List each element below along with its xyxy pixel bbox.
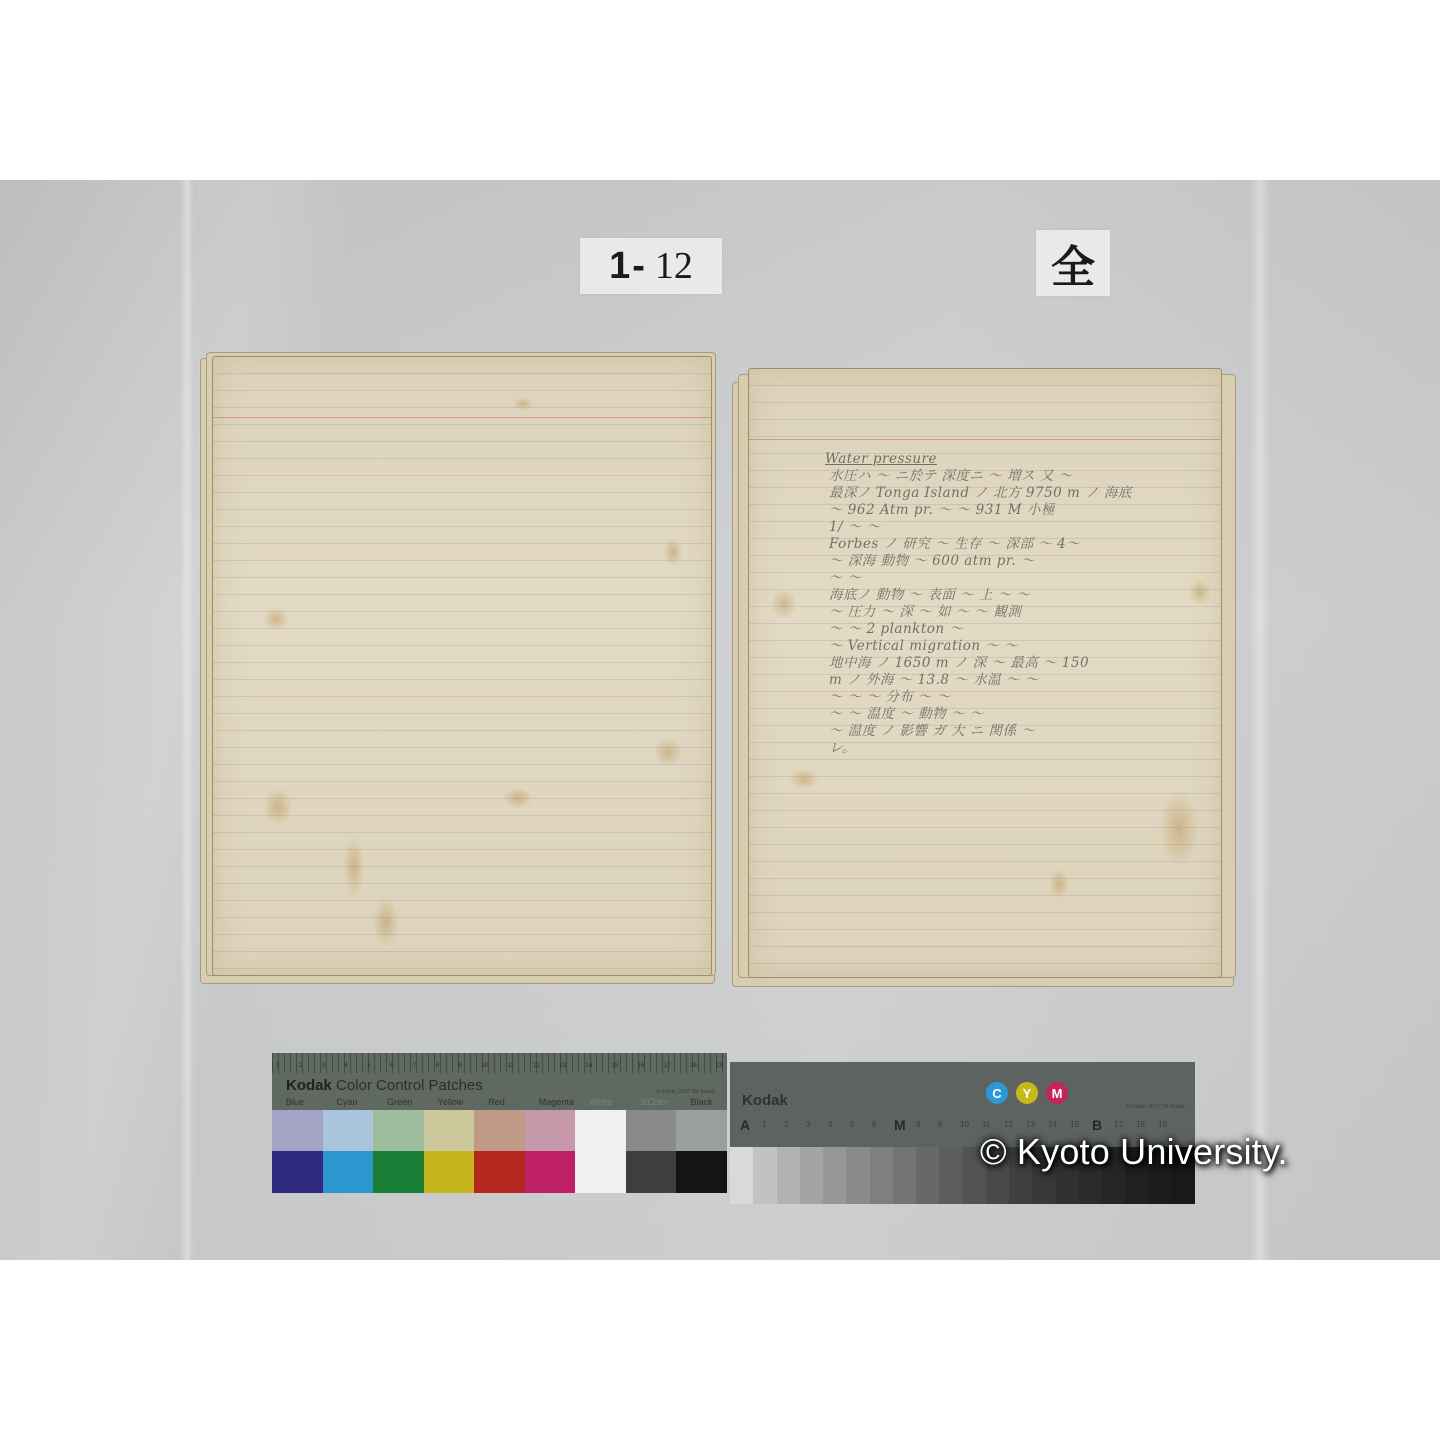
gray-step-patch [800,1147,823,1204]
ruler-number: 6 [390,1063,393,1069]
notes-line: 1/ ～ ～ [829,519,1219,536]
ruler-number: 11 [507,1063,513,1069]
stain [1049,869,1069,899]
color-patch-dark [474,1151,525,1193]
ruler-number: 16 [638,1063,645,1069]
notes-line: ～ ～ ～ 分布 ～ ～ [829,689,1219,706]
cym-badges: CYM [986,1082,1068,1104]
notes-line: ～ ～ 2 plankton ～ [829,621,1219,638]
notes-line: ～ ～ 温度 ～ 動物 ～ ～ [829,706,1219,723]
patch-label: White [589,1097,612,1107]
color-patch-dark [676,1151,727,1193]
item-number-index: 12 [655,244,693,288]
ruler-number: 19 [716,1063,723,1069]
stain [663,537,683,567]
notes-line: 最深ノ Tonga Island ノ 北方 9750 m ノ 海底 [829,485,1219,502]
ruler-number: 14 [585,1063,592,1069]
notes-line: ～ 圧力 ～ 深 ～ 如 ～ ～ 観測 [829,604,1219,621]
gray-step-patch [730,1147,753,1204]
gray-step-label: 2 [784,1120,788,1129]
color-patch-light [525,1110,576,1151]
color-patch-dark [272,1151,323,1193]
notes-line: 海底ノ 動物 ～ 表面 ～ 上 ～ ～ [829,587,1219,604]
color-patch-light [323,1110,374,1151]
kodak-brand: Kodak [286,1077,332,1094]
item-number-label: 1- 12 [580,238,722,294]
cym-badge-m: M [1046,1082,1068,1104]
color-card-title: Kodak Color Control Patches [286,1077,483,1094]
gray-card-brand: Kodak [742,1092,788,1109]
patch-label: 3/Color [640,1097,669,1107]
stain [513,397,533,411]
ruler-number: 2 [299,1063,302,1069]
notes-line: 地中海 ノ 1650 m ノ 深 ～ 最高 ～ 150 [829,655,1219,672]
gray-step-label: 6 [872,1120,876,1129]
stain [343,837,365,897]
ruler-number: 18 [690,1063,697,1069]
gray-step-label: 18 [1136,1120,1145,1129]
handwritten-notes: Water pressure 水圧ハ ～ ニ於テ 深度ニ ～ 増ス 又 ～ 最深… [829,451,1219,757]
kodak-color-control-card: 12345678910111213141516171819 Kodak Colo… [272,1053,727,1193]
gray-step-label: 13 [1026,1120,1035,1129]
gray-step-patch [753,1147,776,1204]
ruler-number: 10 [481,1063,488,1069]
ruler-number: 7 [413,1063,416,1069]
gray-card-fineprint: © Kodak, 2007 TM: Kodak [1126,1104,1185,1110]
gray-step-label: 1 [762,1120,766,1129]
archive-photograph: 1- 12 全 Water pres [0,180,1440,1260]
backdrop-fold [180,180,194,1260]
gray-step-label: A [740,1117,750,1133]
stain [789,769,819,789]
ruler-number: 1 [276,1063,279,1069]
color-patch-dark [626,1151,677,1193]
gray-step-label: 8 [916,1120,920,1129]
gray-step-label: 17 [1114,1120,1123,1129]
notebook-page: Water pressure 水圧ハ ～ ニ於テ 深度ニ ～ 増ス 又 ～ 最深… [748,368,1222,978]
notes-title: Water pressure [825,451,1219,468]
gray-step-patch [823,1147,846,1204]
color-patch-dark [575,1151,626,1193]
cym-badge-y: Y [1016,1082,1038,1104]
backdrop-fold [1250,180,1270,1260]
gray-step-patch [893,1147,916,1204]
ruler-number: 13 [559,1063,566,1069]
gray-step-label: 14 [1048,1120,1057,1129]
gray-step-patch [777,1147,800,1204]
gray-step-label: 19 [1158,1120,1167,1129]
stain [373,897,399,947]
patch-label: Red [488,1097,505,1107]
color-patch-light [626,1110,677,1151]
stain [263,787,293,827]
color-patch-light [676,1110,727,1151]
gray-step-label: 12 [1004,1120,1013,1129]
patch-label: Cyan [337,1097,358,1107]
gray-step-label: 9 [938,1120,942,1129]
gray-step-label: 5 [850,1120,854,1129]
patch-labels: BlueCyanGreenYellowRedMagentaWhite3/Colo… [272,1097,727,1109]
patch-label: Magenta [539,1097,574,1107]
color-card-subtitle: Color Control Patches [336,1077,483,1094]
color-patch-light [272,1110,323,1151]
notes-line: ～ 深海 動物 ～ 600 atm pr. ～ [829,553,1219,570]
gray-step-label: 15 [1070,1120,1079,1129]
left-notebook [198,348,723,988]
gray-step-label: 10 [960,1120,969,1129]
stain [771,589,797,619]
color-patch-dark [323,1151,374,1193]
ruler-number: 5 [367,1063,370,1069]
notes-line: 水圧ハ ～ ニ於テ 深度ニ ～ 増ス 又 ～ [829,468,1219,485]
patch-label: Yellow [438,1097,464,1107]
gray-step-patch [916,1147,939,1204]
notes-line: ～ 温度 ノ 影響 ガ 大 ニ 関係 ～ [829,723,1219,740]
ruler-numbers: 12345678910111213141516171819 [276,1063,723,1069]
notebook-page [212,356,712,976]
gray-step-patch [939,1147,962,1204]
ruler-number: 12 [533,1063,540,1069]
red-margin-line [213,417,711,418]
gray-step-label: 3 [806,1120,810,1129]
patch-label: Blue [286,1097,304,1107]
stain [263,607,289,631]
patch-label: Black [690,1097,712,1107]
ruler-number: 8 [436,1063,439,1069]
stain [1159,789,1199,869]
color-patch-light [373,1110,424,1151]
item-number-series: 1- [609,245,647,288]
color-patch-dark [525,1151,576,1193]
color-patches [272,1110,727,1193]
color-patch-light [575,1110,626,1151]
ruler-number: 9 [459,1063,462,1069]
copyright-watermark: © Kyoto University. [980,1131,1288,1173]
notes-line: ～ ～ [829,570,1219,587]
gray-step-patch [846,1147,869,1204]
notes-line: Forbes ノ 研究 ～ 生存 ～ 深部 ～ 4～ [829,536,1219,553]
notes-line: m ノ 外海 ～ 13.8 ～ 水温 ～ ～ [829,672,1219,689]
gray-step-label: 4 [828,1120,832,1129]
color-patch-light [474,1110,525,1151]
cym-badge-c: C [986,1082,1008,1104]
stain [653,737,683,767]
ruler-number: 3 [322,1063,325,1069]
patch-label: Green [387,1097,412,1107]
color-patch-light [424,1110,475,1151]
right-notebook: Water pressure 水圧ハ ～ ニ於テ 深度ニ ～ 増ス 又 ～ 最深… [728,366,1240,991]
gray-step-label: 11 [982,1120,990,1129]
gray-step-label: M [894,1117,906,1133]
notes-line: レ。 [829,740,1219,757]
ruler-number: 17 [664,1063,671,1069]
notes-line: ～ Vertical migration ～ ～ [829,638,1219,655]
volume-mark-label: 全 [1036,230,1110,296]
color-patch-dark [373,1151,424,1193]
color-card-fineprint: © Kodak, 2007 TM: Kodak [656,1089,715,1095]
gray-step-patch [870,1147,893,1204]
red-margin-line [749,439,1221,440]
stain [503,787,533,809]
color-patch-dark [424,1151,475,1193]
notes-line: ～ 962 Atm pr. ～ ～ 931 M 小極 [829,502,1219,519]
ruler-number: 4 [344,1063,347,1069]
ruler-number: 15 [612,1063,619,1069]
